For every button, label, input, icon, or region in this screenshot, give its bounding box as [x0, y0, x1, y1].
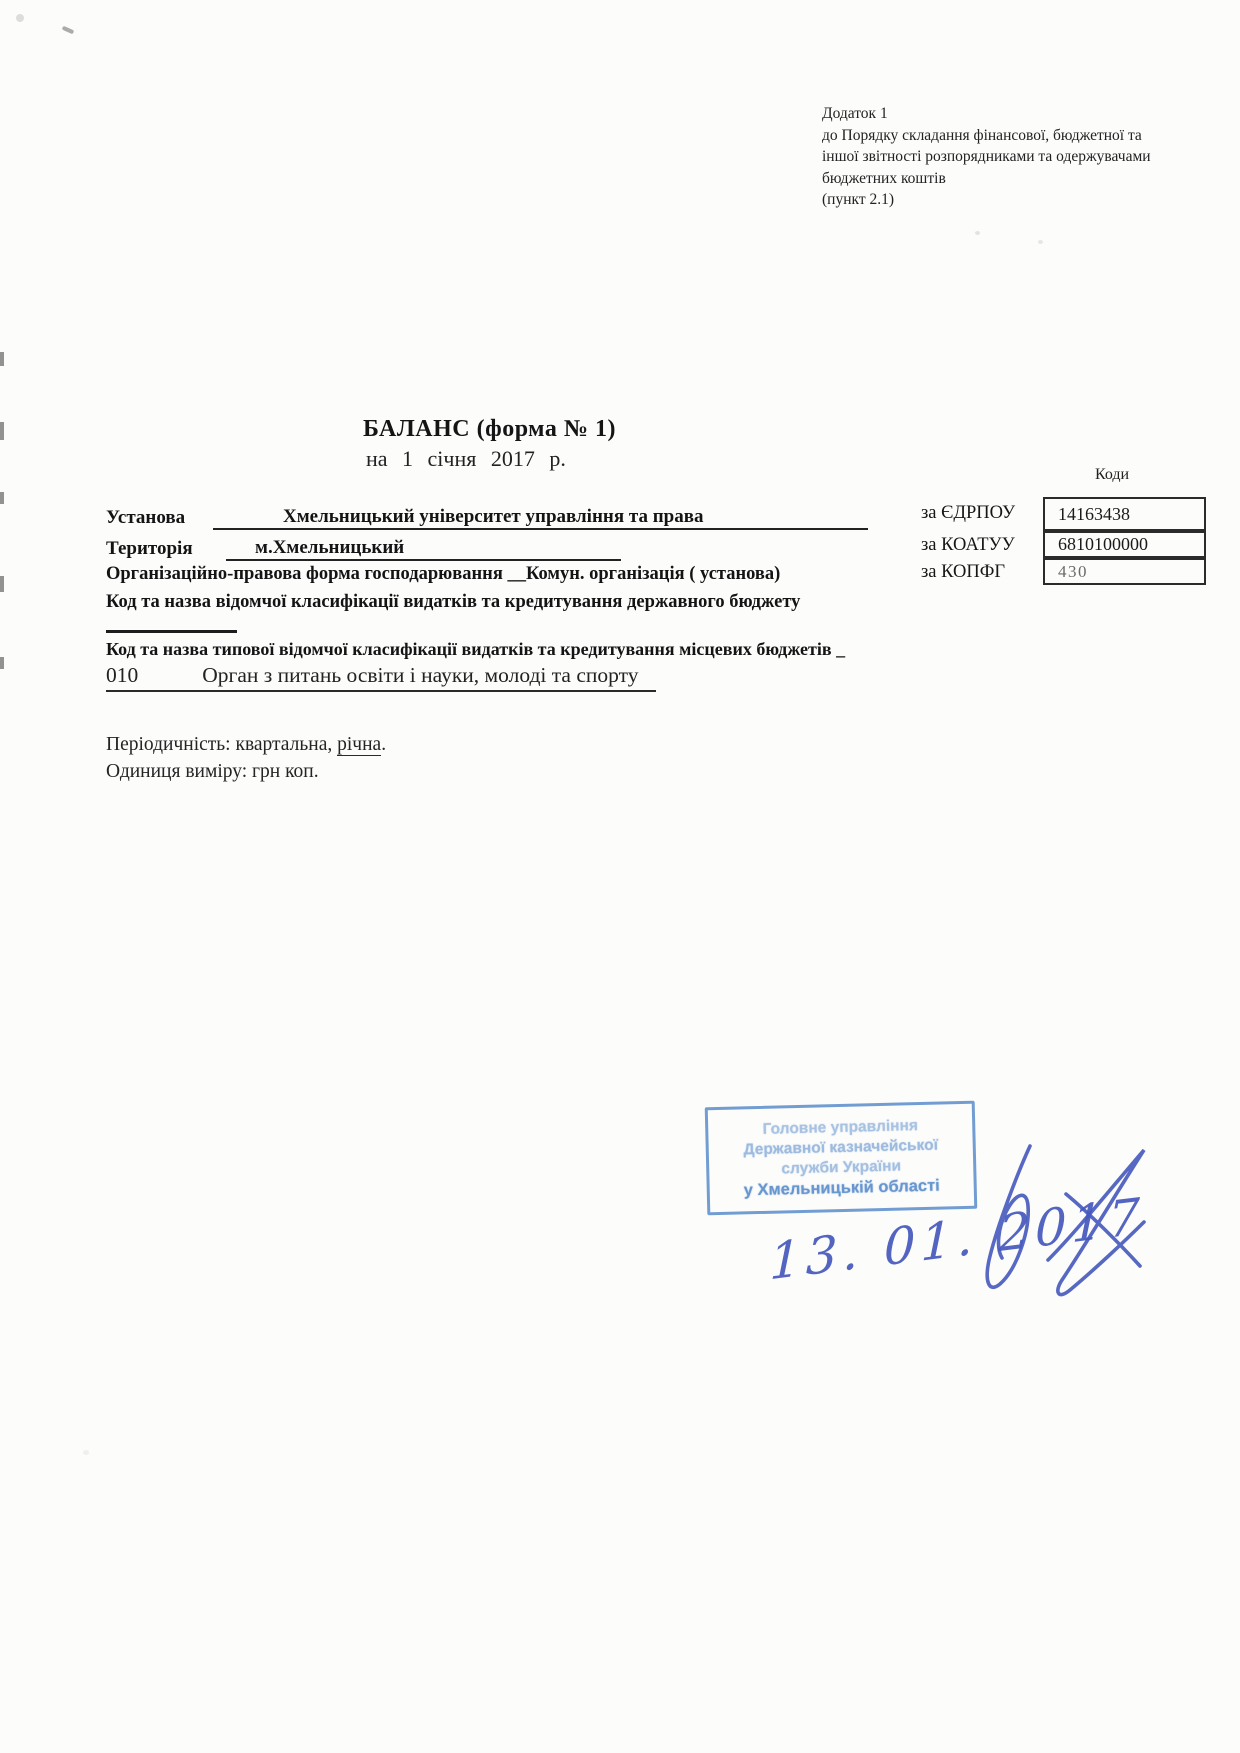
codes-header: Коди	[1095, 466, 1129, 484]
scan-speck	[16, 14, 24, 22]
classification-code-row: 010Орган з питань освіти і науки, молоді…	[106, 663, 656, 692]
scan-edge-artifact	[0, 492, 4, 504]
scan-edge-artifact	[0, 422, 4, 440]
field-label-territory: Територія	[106, 538, 193, 560]
scan-speck	[83, 1450, 89, 1455]
underline-territory	[226, 559, 621, 561]
periodicity-annual: річна	[337, 734, 381, 756]
code-box-kopfg: 430	[1043, 558, 1206, 585]
field-line-legal-form: Організаційно-правова форма господарюван…	[106, 564, 780, 585]
measurement-unit-line: Одиниця виміру: грн коп.	[106, 761, 319, 783]
annex-line: іншої звітності розпорядниками та одержу…	[822, 146, 1232, 168]
field-value-institution: Хмельницький університет управління та п…	[283, 506, 703, 528]
scan-speck	[62, 26, 75, 35]
classification-name: Орган з питань освіти і науки, молоді та…	[202, 663, 638, 687]
code-box-edrpou: 14163438	[1043, 497, 1206, 531]
periodicity-line: Періодичність: квартальна, річна.	[106, 734, 386, 756]
code-label-kopfg: за КОПФГ	[921, 562, 1051, 583]
form-title: БАЛАНС (форма № 1)	[363, 416, 616, 443]
field-line-local-budget-classification: Код та назва типової відомчої класифікац…	[106, 639, 845, 660]
scan-edge-artifact	[0, 657, 4, 669]
scan-speck	[975, 231, 980, 235]
classification-code: 010	[106, 663, 138, 688]
field-line-state-budget-classification: Код та назва відомчої класифікації видат…	[106, 592, 800, 613]
field-value-territory: м.Хмельницький	[255, 537, 404, 559]
code-value-koatuu: 6810100000	[1058, 534, 1148, 555]
code-box-koatuu: 6810100000	[1043, 531, 1206, 558]
scan-speck	[1038, 240, 1043, 244]
annex-line: Додаток 1	[822, 103, 1232, 125]
underline-institution	[213, 528, 868, 530]
treasury-stamp: Головне управління Державної казначейськ…	[705, 1101, 978, 1216]
form-date-line: на 1 січня 2017 р.	[366, 446, 566, 472]
code-label-koatuu: за КОАТУУ	[921, 535, 1051, 556]
code-value-edrpou: 14163438	[1058, 504, 1130, 525]
field-label-institution: Установа	[106, 507, 185, 529]
scanned-balance-form-page: Додаток 1 до Порядку складання фінансово…	[0, 0, 1240, 1753]
short-underline-rule	[106, 630, 237, 633]
scan-edge-artifact	[0, 576, 4, 592]
signature-strokes	[968, 1128, 1158, 1313]
code-value-kopfg: 430	[1058, 562, 1088, 582]
annex-line: бюджетних коштів	[822, 168, 1232, 190]
annex-reference-block: Додаток 1 до Порядку складання фінансово…	[822, 103, 1232, 211]
signature	[968, 1128, 1158, 1318]
annex-line: до Порядку складання фінансової, бюджетн…	[822, 125, 1232, 147]
periodicity-suffix: .	[381, 734, 386, 755]
annex-line: (пункт 2.1)	[822, 189, 1232, 211]
periodicity-prefix: Періодичність: квартальна,	[106, 734, 337, 755]
code-label-edrpou: за ЄДРПОУ	[921, 503, 1051, 524]
scan-edge-artifact	[0, 352, 4, 366]
